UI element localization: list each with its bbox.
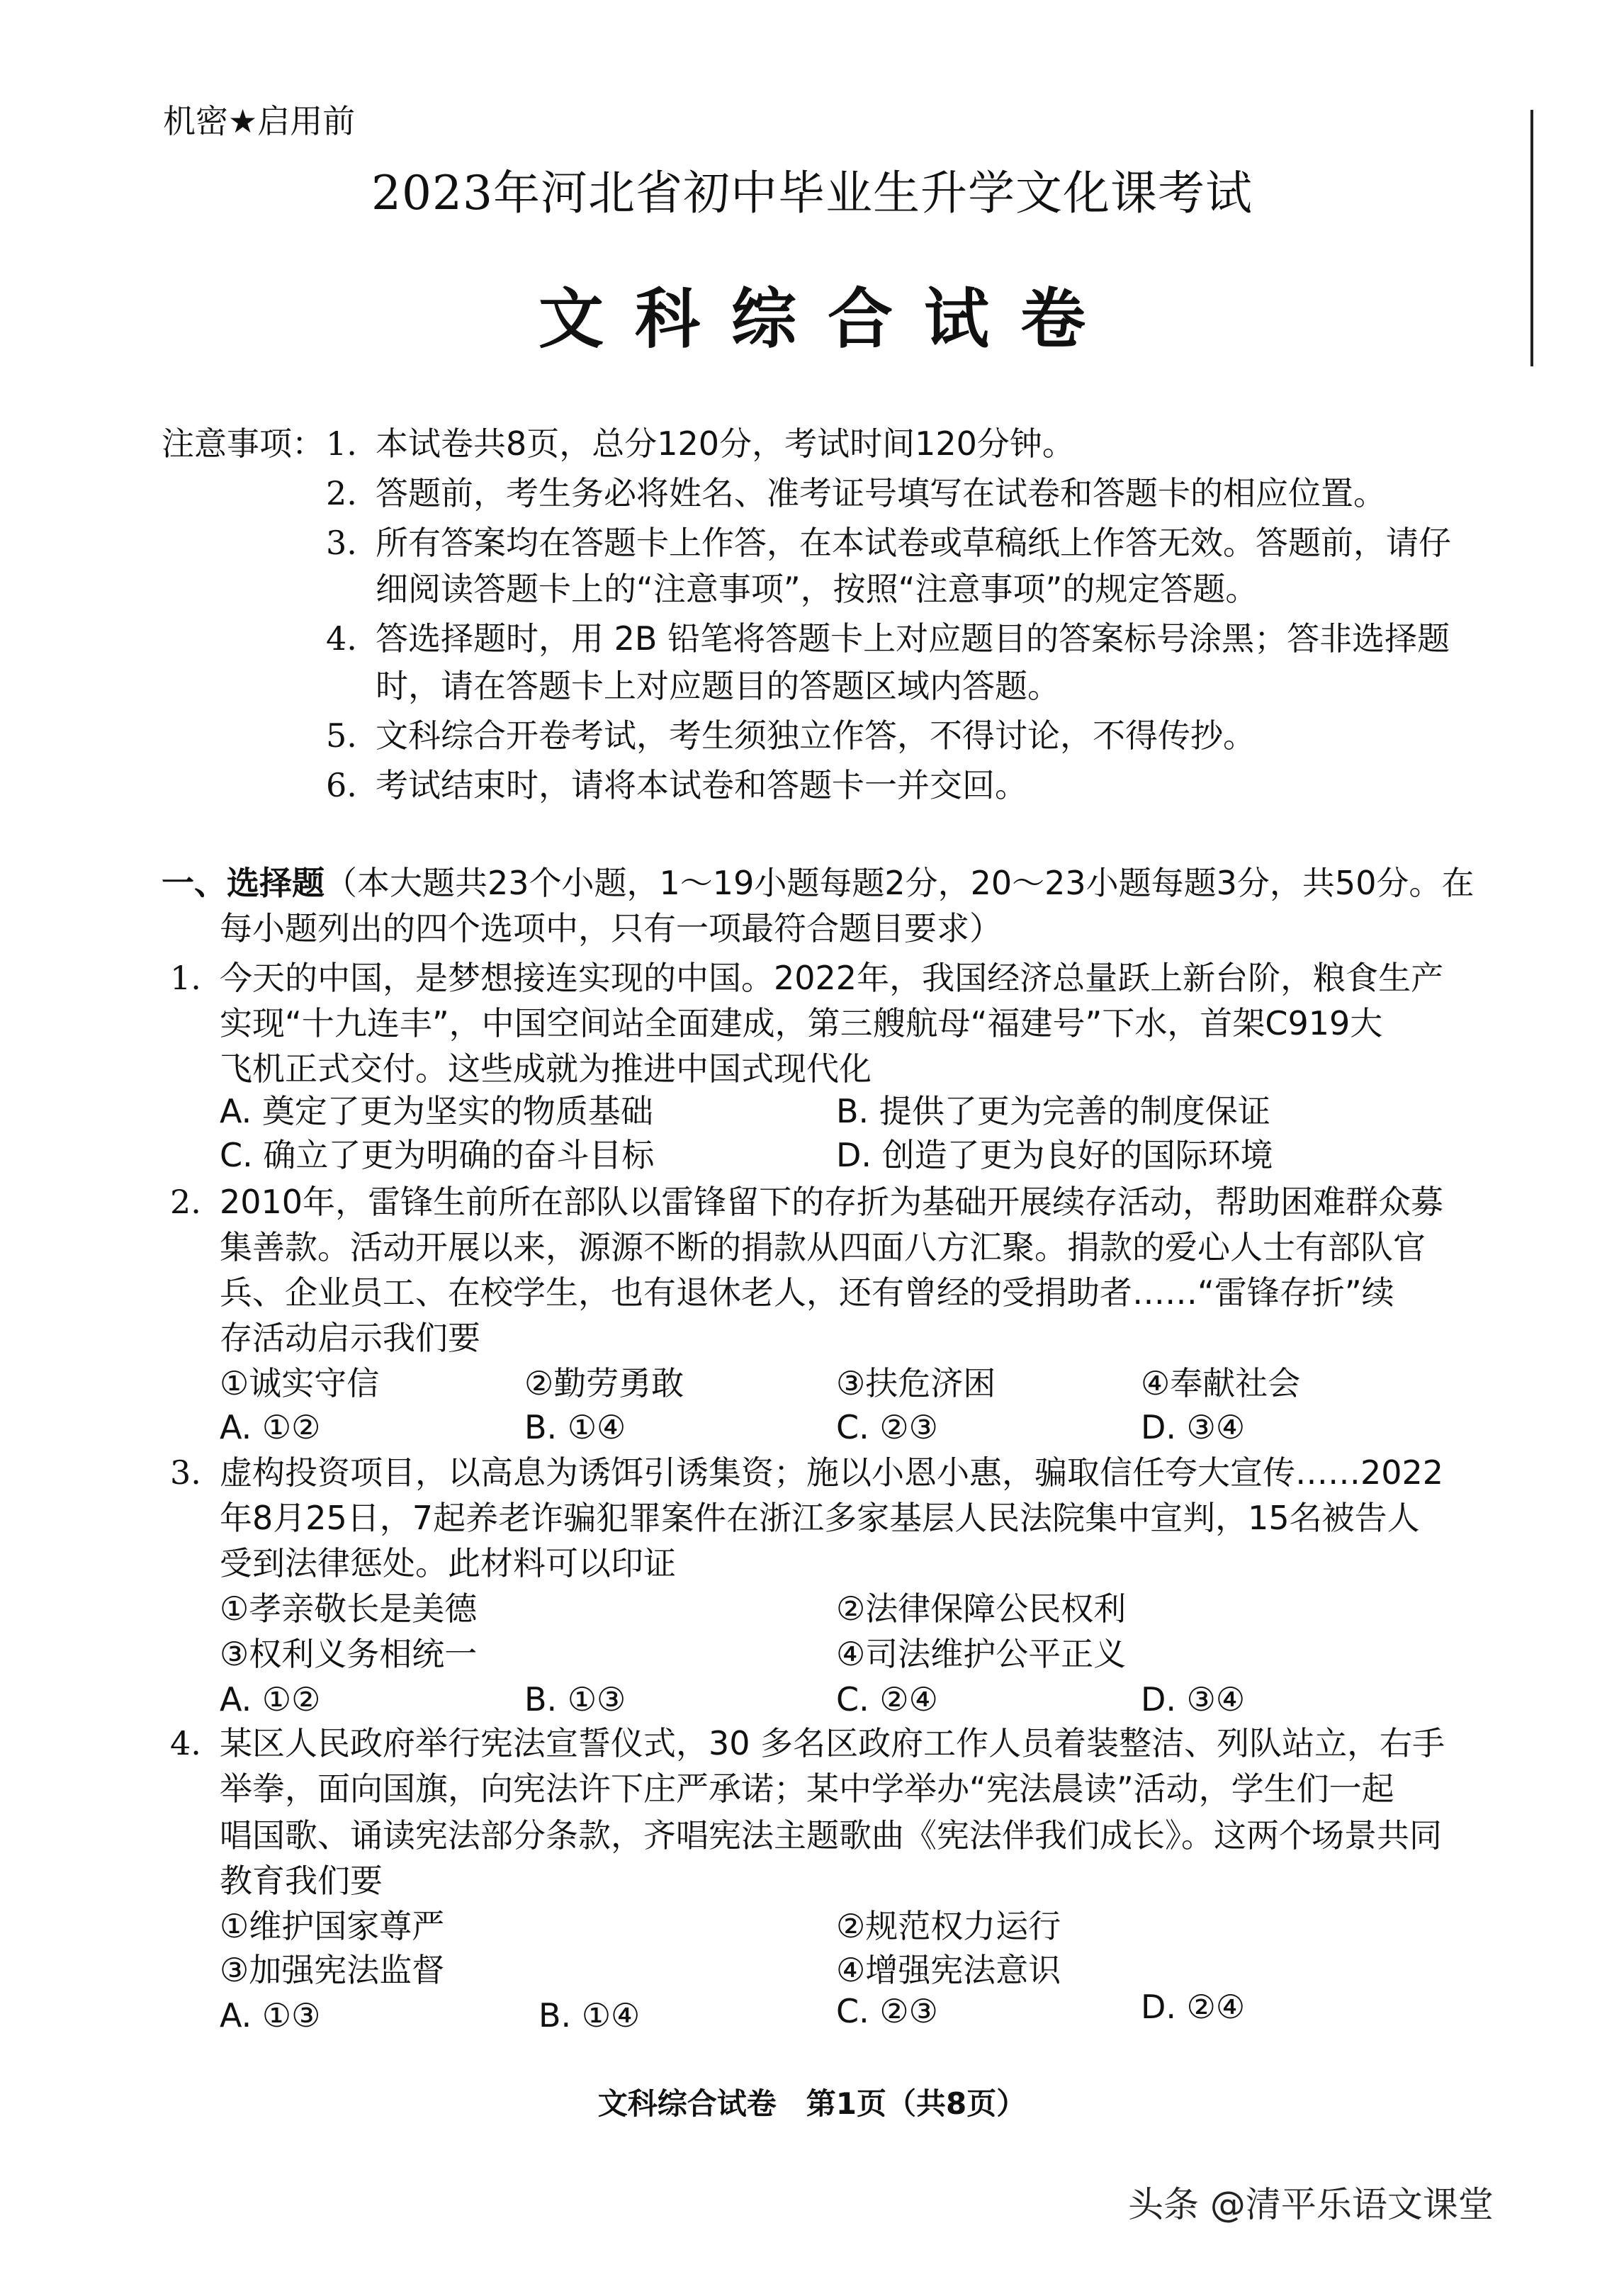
statement-1: ①孝亲敬长是美德 (220, 1592, 477, 1625)
watermark: 头条 @清平乐语文课堂 (1128, 2187, 1494, 2222)
page-footer: 文科综合试卷 第1页（共8页） (0, 2089, 1624, 2119)
notice-item-number: 1. (326, 427, 357, 460)
section-desc: 每小题列出的四个选项中，只有一项最符合题目要求） (220, 912, 1002, 945)
question-text: 教育我们要 (220, 1864, 383, 1897)
exam-title: 2023年河北省初中毕业生升学文化课考试 (0, 170, 1624, 217)
option-d[interactable]: D. ③④ (1141, 1683, 1245, 1716)
section-desc: （本大题共23个小题，1～19小题每题2分，20～23小题每题3分，共50分。在 (325, 867, 1474, 899)
statement-1: ①诚实守信 (220, 1367, 379, 1400)
option-c[interactable]: C. ②③ (836, 1995, 938, 2027)
option-b[interactable]: B. ①④ (538, 1999, 640, 2032)
section-title: 一、选择题 (162, 867, 325, 899)
notice-item-text: 文科综合开卷考试，考生须独立作答，不得讨论，不得传抄。 (376, 719, 1256, 752)
notice-item-text: 考试结束时，请将本试卷和答题卡一并交回。 (376, 769, 1027, 801)
option-a[interactable]: A. ①② (220, 1683, 320, 1716)
question-text: 虚构投资项目，以高息为诱饵引诱集资；施以小恩小惠，骗取信任夸大宣传……2022 (220, 1456, 1443, 1489)
question-text: 举拳，面向国旗，向宪法许下庄严承诺；某中学举办“宪法晨读”活动，学生们一起 (220, 1772, 1394, 1805)
question-text: 实现“十九连丰”，中国空间站全面建成，第三艘航母“福建号”下水，首架C919大 (220, 1007, 1382, 1040)
statement-4: ④司法维护公平正义 (836, 1638, 1126, 1670)
question-text: 受到法律惩处。此材料可以印证 (220, 1547, 676, 1580)
notice-item-text: 答选择题时，用 2B 铅笔将答题卡上对应题目的答案标号涂黑；答非选择题 (376, 622, 1450, 655)
question-text: 飞机正式交付。这些成就为推进中国式现代化 (220, 1052, 872, 1085)
paper-title: 文科综合试卷 (0, 287, 1624, 352)
binding-line (1530, 110, 1533, 366)
question-text: 集善款。活动开展以来，源源不断的捐款从四面八方汇聚。捐款的爱心人士有部队官 (220, 1231, 1426, 1264)
question-number: 2. (170, 1186, 201, 1218)
statement-2: ②勤劳勇敢 (524, 1367, 684, 1400)
question-text: 年8月25日，7起养老诈骗犯罪案件在浙江多家基层人民法院集中宣判，15名被告人 (220, 1502, 1420, 1534)
question-text: 存活动启示我们要 (220, 1322, 480, 1354)
statement-4: ④奉献社会 (1141, 1367, 1300, 1400)
question-number: 1. (170, 962, 201, 994)
option-c[interactable]: C. ②③ (836, 1411, 938, 1444)
option-a[interactable]: A. ①② (220, 1411, 320, 1444)
statement-3: ③权利义务相统一 (220, 1638, 477, 1670)
notice-item-number: 4. (326, 622, 357, 655)
notice-label: 注意事项： (162, 427, 325, 460)
notice-item-number: 6. (326, 769, 357, 801)
statement-2: ②规范权力运行 (836, 1910, 1061, 1942)
notice-item-number: 2. (326, 477, 357, 510)
question-text: 今天的中国，是梦想接连实现的中国。2022年，我国经济总量跃上新台阶，粮食生产 (220, 962, 1443, 994)
option-a[interactable]: A. 奠定了更为坚实的物质基础 (220, 1095, 653, 1127)
notice-item-text: 本试卷共8页，总分120分，考试时间120分钟。 (376, 427, 1075, 460)
option-d[interactable]: D. ③④ (1141, 1411, 1245, 1444)
option-d[interactable]: D. 创造了更为良好的国际环境 (836, 1139, 1273, 1171)
statement-3: ③扶危济困 (836, 1367, 996, 1400)
question-number: 3. (170, 1456, 201, 1489)
option-c[interactable]: C. 确立了更为明确的奋斗目标 (220, 1139, 654, 1171)
question-text: 唱国歌、诵读宪法部分条款，齐唱宪法主题歌曲《宪法伴我们成长》。这两个场景共同 (220, 1819, 1442, 1852)
question-text: 某区人民政府举行宪法宣誓仪式，30 多名区政府工作人员着装整洁、列队站立，右手 (220, 1727, 1445, 1760)
statement-4: ④增强宪法意识 (836, 1954, 1061, 1986)
notice-item-number: 3. (326, 527, 357, 559)
option-b[interactable]: B. ①③ (524, 1683, 626, 1716)
question-text: 兵、企业员工、在校学生，也有退休老人，还有曾经的受捐助者……“雷锋存折”续 (220, 1276, 1394, 1309)
confidential-label: 机密★启用前 (163, 105, 355, 137)
option-b[interactable]: B. ①④ (524, 1411, 626, 1444)
option-b[interactable]: B. 提供了更为完善的制度保证 (836, 1095, 1270, 1127)
option-a[interactable]: A. ①③ (220, 1999, 320, 2032)
question-text: 2010年，雷锋生前所在部队以雷锋留下的存折为基础开展续存活动，帮助困难群众募 (220, 1186, 1443, 1218)
notice-item-text: 所有答案均在答题卡上作答，在本试卷或草稿纸上作答无效。答题前，请仔 (376, 527, 1451, 559)
notice-item-text: 时，请在答题卡上对应题目的答题区域内答题。 (376, 670, 1060, 702)
statement-2: ②法律保障公民权利 (836, 1592, 1126, 1625)
question-number: 4. (170, 1727, 201, 1760)
notice-item-text: 答题前，考生务必将姓名、准考证号填写在试卷和答题卡的相应位置。 (376, 477, 1386, 510)
statement-3: ③加强宪法监督 (220, 1954, 444, 1986)
option-d[interactable]: D. ②④ (1141, 1991, 1245, 2023)
notice-item-text: 细阅读答题卡上的“注意事项”，按照“注意事项”的规定答题。 (376, 573, 1258, 605)
option-c[interactable]: C. ②④ (836, 1683, 938, 1716)
statement-1: ①维护国家尊严 (220, 1910, 444, 1942)
notice-item-number: 5. (326, 719, 357, 752)
